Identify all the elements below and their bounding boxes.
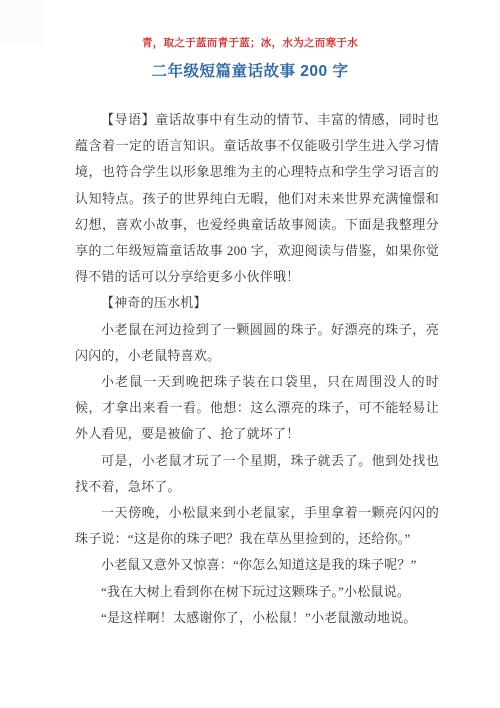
document-page: 青，取之于蓝而青于蓝；冰，水为之而寒于水 二年级短篇童话故事 200 字 【导语… bbox=[0, 0, 500, 708]
intro-paragraph: 【导语】童话故事中有生动的情节、丰富的情感，同时也蕴含着一定的语言知识。童话故事… bbox=[75, 107, 439, 290]
corner-scan-artifact bbox=[0, 0, 45, 45]
page-title: 二年级短篇童话故事 200 字 bbox=[0, 62, 500, 82]
header-quote: 青，取之于蓝而青于蓝；冰，水为之而寒于水 bbox=[0, 0, 500, 49]
story-paragraph: 小老鼠又意外又惊喜：“你怎么知道这是我的珠子呢？” bbox=[75, 552, 439, 578]
story-paragraph: “我在大树上看到你在树下玩过这颗珠子。”小松鼠说。 bbox=[75, 579, 439, 605]
story-paragraphs: 小老鼠在河边捡到了一颗圆圆的珠子。好漂亮的珠子，亮闪闪的，小老鼠特喜欢。小老鼠一… bbox=[75, 317, 439, 631]
story-paragraph: 可是，小老鼠才玩了一个星期，珠子就丢了。他到处找也找不着，急坏了。 bbox=[75, 448, 439, 500]
story-section-title: 【神奇的压水机】 bbox=[75, 290, 439, 316]
story-paragraph: 小老鼠一天到晚把珠子装在口袋里，只在周围没人的时候，才拿出来看一看。他想：这么漂… bbox=[75, 369, 439, 448]
story-paragraph: 一天傍晚，小松鼠来到小老鼠家，手里拿着一颗亮闪闪的珠子说：“这是你的珠子吧？我在… bbox=[75, 500, 439, 552]
story-paragraph: 小老鼠在河边捡到了一颗圆圆的珠子。好漂亮的珠子，亮闪闪的，小老鼠特喜欢。 bbox=[75, 317, 439, 369]
story-paragraph: “是这样啊！太感谢你了，小松鼠！”小老鼠激动地说。 bbox=[75, 605, 439, 631]
document-body: 【导语】童话故事中有生动的情节、丰富的情感，同时也蕴含着一定的语言知识。童话故事… bbox=[75, 107, 439, 631]
